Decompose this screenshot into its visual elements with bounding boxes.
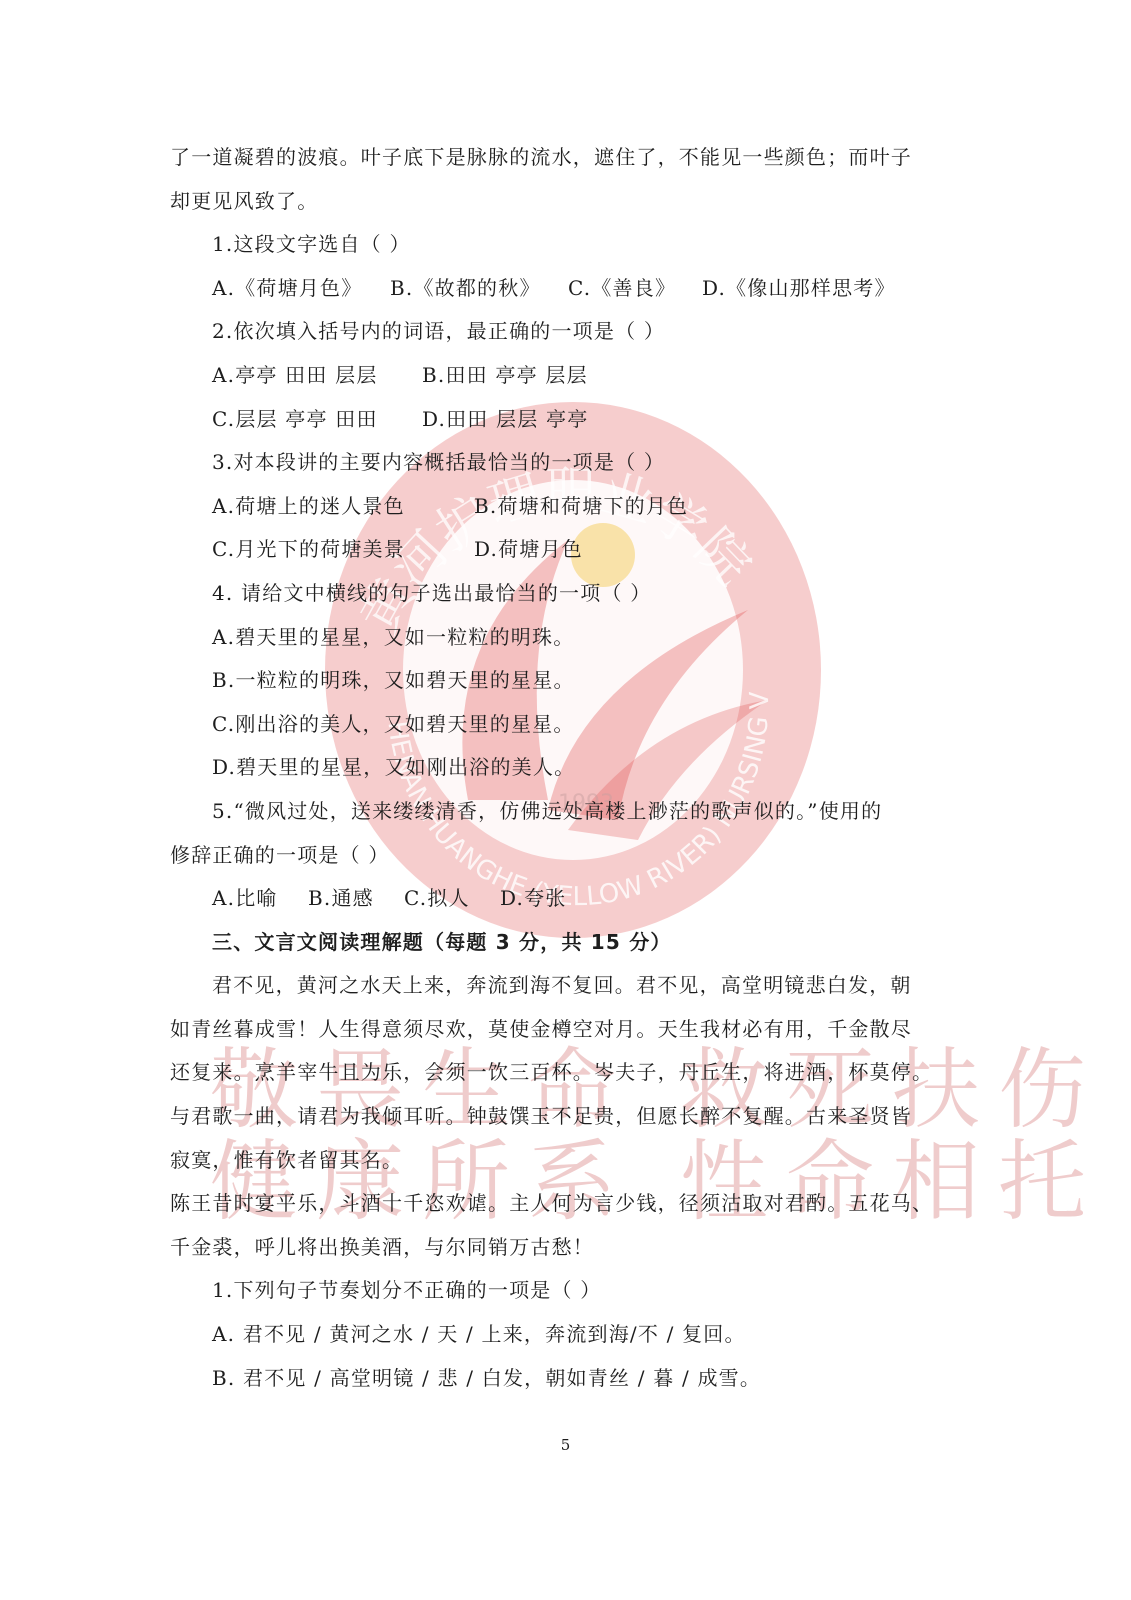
option: C.月光下的荷塘美景 xyxy=(212,528,474,572)
question-options: A.比喻B.通感C.拟人D.夸张 xyxy=(170,877,942,921)
option: C.拟人 xyxy=(404,877,500,921)
option: C.刚出浴的美人，又如碧天里的星星。 xyxy=(170,703,942,747)
passage-line: 却更见风致了。 xyxy=(170,180,942,224)
question-stem: 1.下列句子节奏划分不正确的一项是（ ） xyxy=(170,1269,942,1313)
poem-line: 君不见，黄河之水天上来，奔流到海不复回。君不见，高堂明镜悲白发，朝 xyxy=(170,964,942,1008)
question-stem: 3.对本段讲的主要内容概括最恰当的一项是（ ） xyxy=(170,441,942,485)
question-stem-cont: 修辞正确的一项是（ ） xyxy=(170,834,942,878)
section-heading: 三、文言文阅读理解题（每题 3 分，共 15 分） xyxy=(170,921,942,965)
question-options: A.《荷塘月色》B.《故都的秋》C.《善良》D.《像山那样思考》 xyxy=(170,267,942,311)
question-options: C.层层 亭亭 田田D.田田 层层 亭亭 xyxy=(170,398,942,442)
option: B.《故都的秋》 xyxy=(390,267,568,311)
question-stem: 1.这段文字选自（ ） xyxy=(170,223,942,267)
question-options: A.亭亭 田田 层层B.田田 亭亭 层层 xyxy=(170,354,942,398)
option: D.碧天里的星星，又如刚出浴的美人。 xyxy=(170,746,942,790)
option: A. 君不见 / 黄河之水 / 天 / 上来，奔流到海/不 / 复回。 xyxy=(170,1313,942,1357)
option: D.荷塘月色 xyxy=(474,528,583,572)
poem-line: 还复来。烹羊宰牛且为乐，会须一饮三百杯。岑夫子，丹丘生，将进酒，杯莫停。 xyxy=(170,1051,942,1095)
option: D.《像山那样思考》 xyxy=(702,267,896,311)
question-options: A.荷塘上的迷人景色B.荷塘和荷塘下的月色 xyxy=(170,485,942,529)
option: A.荷塘上的迷人景色 xyxy=(212,485,474,529)
option: D.夸张 xyxy=(500,877,566,921)
document-body: 了一道凝碧的波痕。叶子底下是脉脉的流水，遮住了，不能见一些颜色；而叶子 却更见风… xyxy=(170,136,942,1400)
passage-line: 了一道凝碧的波痕。叶子底下是脉脉的流水，遮住了，不能见一些颜色；而叶子 xyxy=(170,136,942,180)
option: B.荷塘和荷塘下的月色 xyxy=(474,485,688,529)
option: B.一粒粒的明珠，又如碧天里的星星。 xyxy=(170,659,942,703)
page-number: 5 xyxy=(0,1436,1131,1454)
option: A.碧天里的星星，又如一粒粒的明珠。 xyxy=(170,616,942,660)
document-page: 黄河护理职业学院 HENAN HUANGHE (YELLOW RIVER) NU… xyxy=(0,0,1131,1600)
poem-line: 千金裘，呼儿将出换美酒，与尔同销万古愁！ xyxy=(170,1226,942,1270)
option: A.《荷塘月色》 xyxy=(212,267,390,311)
question-stem: 4. 请给文中横线的句子选出最恰当的一项（ ） xyxy=(170,572,942,616)
poem-line: 陈王昔时宴平乐，斗酒十千恣欢谑。主人何为言少钱，径须沽取对君酌。五花马、 xyxy=(170,1182,942,1226)
option: C.《善良》 xyxy=(568,267,702,311)
question-options: C.月光下的荷塘美景D.荷塘月色 xyxy=(170,528,942,572)
option: B. 君不见 / 高堂明镜 / 悲 / 白发，朝如青丝 / 暮 / 成雪。 xyxy=(170,1357,942,1401)
question-stem: 2.依次填入括号内的词语，最正确的一项是（ ） xyxy=(170,310,942,354)
option: A.比喻 xyxy=(212,877,308,921)
option: D.田田 层层 亭亭 xyxy=(422,398,588,442)
poem-line: 寂寞，惟有饮者留其名。 xyxy=(170,1139,942,1183)
option: B.田田 亭亭 层层 xyxy=(422,354,588,398)
option: A.亭亭 田田 层层 xyxy=(212,354,422,398)
option: B.通感 xyxy=(308,877,404,921)
option: C.层层 亭亭 田田 xyxy=(212,398,422,442)
question-stem: 5.“微风过处，送来缕缕清香，仿佛远处高楼上渺茫的歌声似的。”使用的 xyxy=(170,790,942,834)
poem-line: 如青丝暮成雪！人生得意须尽欢，莫使金樽空对月。天生我材必有用，千金散尽 xyxy=(170,1008,942,1052)
poem-line: 与君歌一曲，请君为我倾耳听。钟鼓馔玉不足贵，但愿长醉不复醒。古来圣贤皆 xyxy=(170,1095,942,1139)
